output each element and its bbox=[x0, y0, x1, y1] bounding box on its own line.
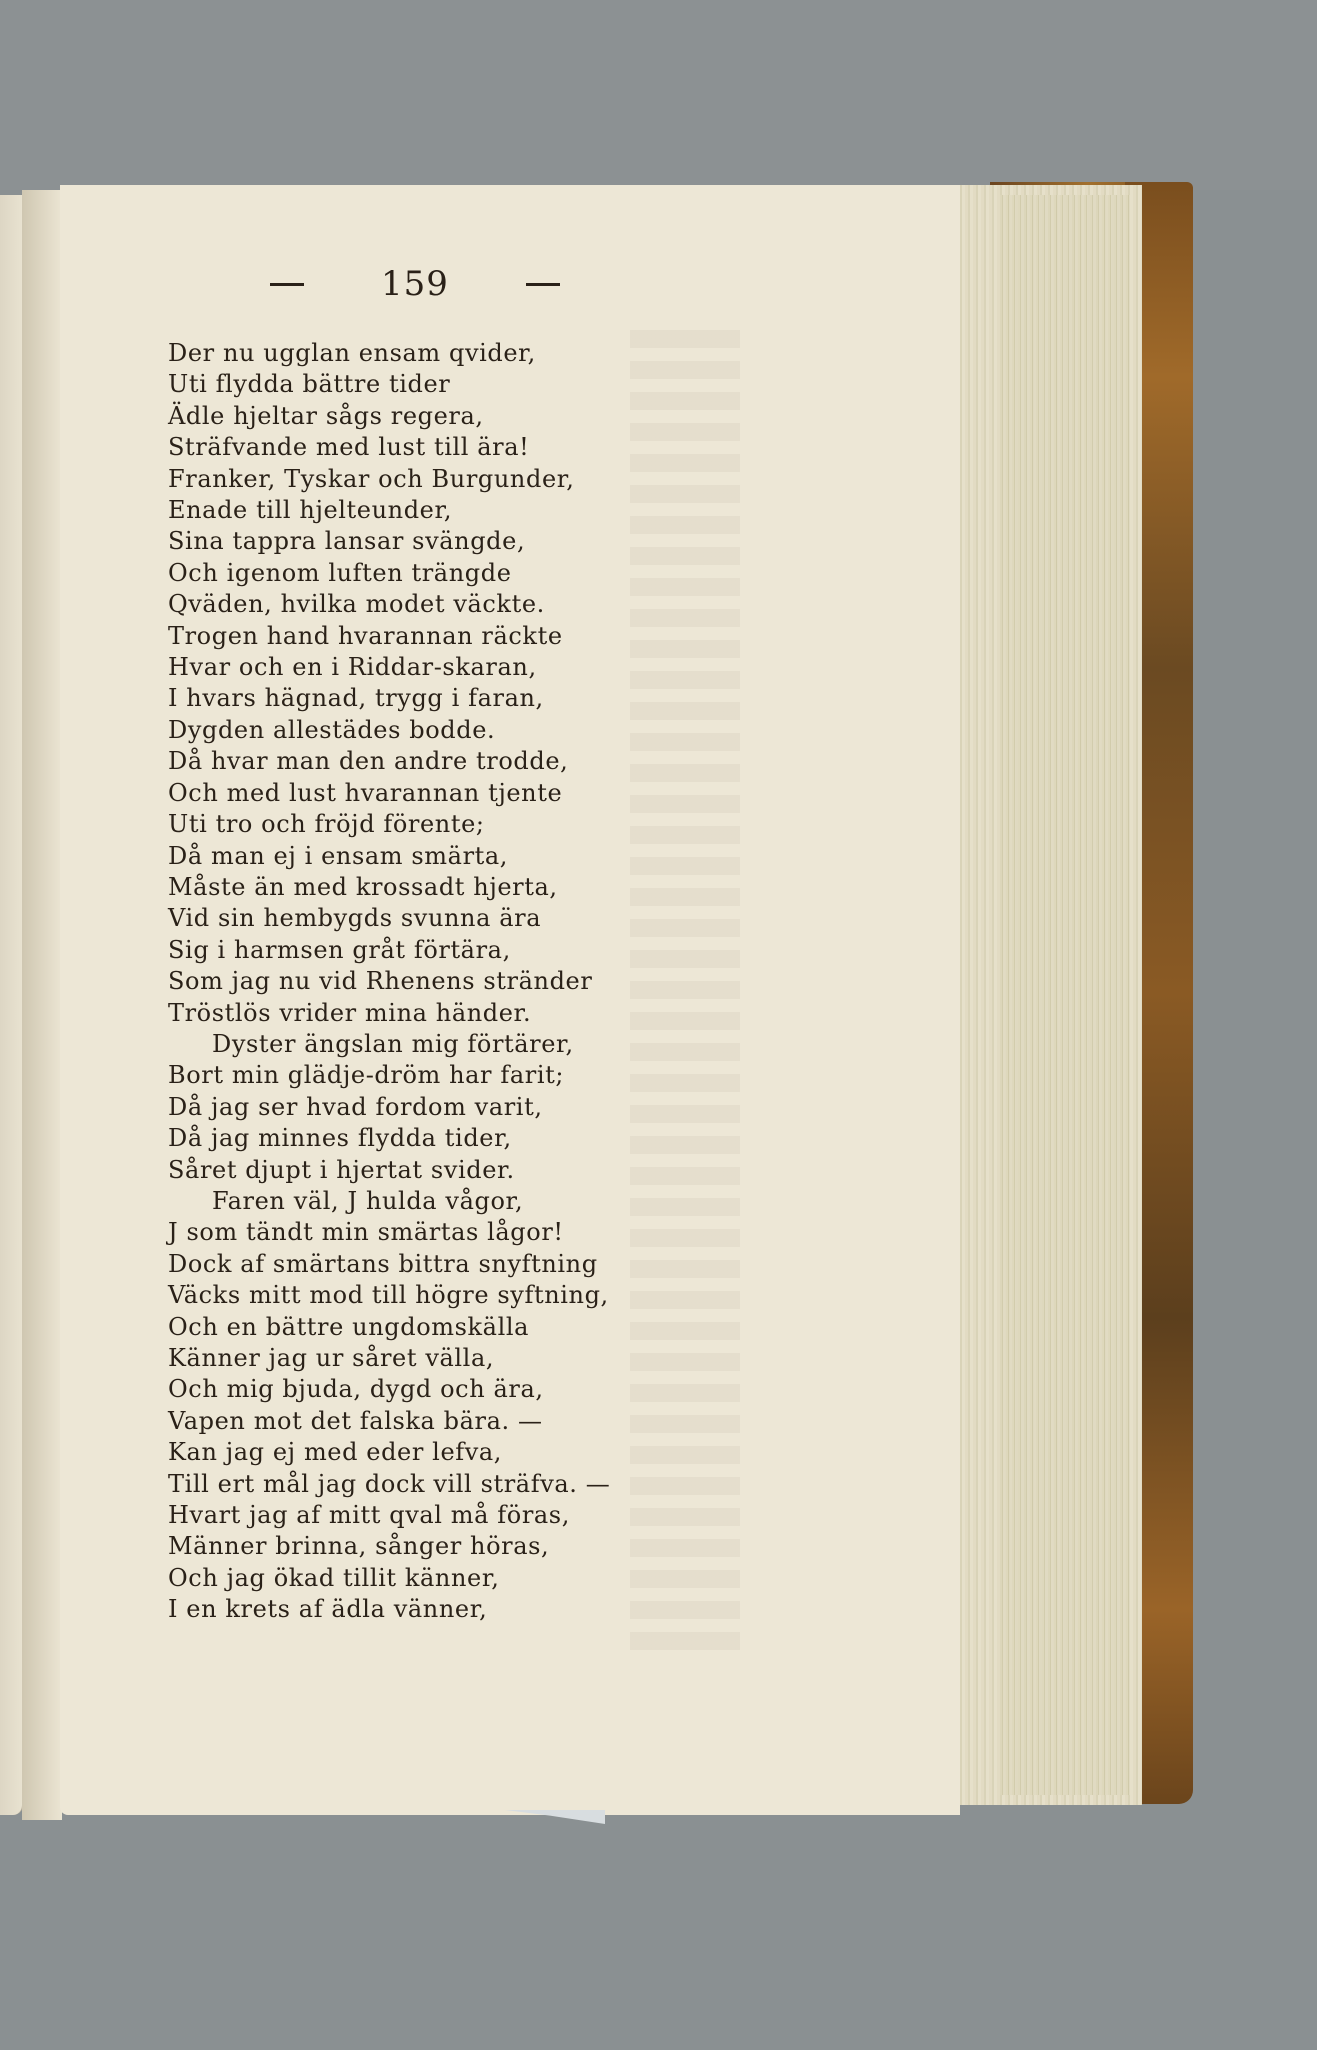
poem-line: Till ert mål jag dock vill sträfva. — bbox=[168, 1469, 808, 1500]
backdrop bbox=[0, 0, 1317, 190]
book-gutter bbox=[22, 190, 62, 1820]
poem-line: I hvars hägnad, trygg i faran, bbox=[168, 683, 808, 714]
poem-line: Såret djupt i hjertat svider. bbox=[168, 1155, 808, 1186]
poem-line: Sig i harmsen gråt förtära, bbox=[168, 935, 808, 966]
poem-line: Qväden, hvilka modet väckte. bbox=[168, 589, 808, 620]
page-header: 159 bbox=[270, 262, 560, 306]
poem-line: Uti flydda bättre tider bbox=[168, 369, 808, 400]
poem-line: Känner jag ur såret välla, bbox=[168, 1343, 808, 1374]
poem-line: Faren väl, J hulda vågor, bbox=[168, 1186, 808, 1217]
page-number: 159 bbox=[381, 264, 449, 304]
poem-line: Då jag minnes flydda tider, bbox=[168, 1123, 808, 1154]
poem-line: Tröstlös vrider mina händer. bbox=[168, 998, 808, 1029]
poem-line: Trogen hand hvarannan räckte bbox=[168, 621, 808, 652]
poem-line: Då hvar man den andre trodde, bbox=[168, 746, 808, 777]
header-dash-left bbox=[270, 283, 304, 286]
poem-line: Hvar och en i Riddar-skaran, bbox=[168, 652, 808, 683]
poem-line: Väcks mitt mod till högre syftning, bbox=[168, 1280, 808, 1311]
poem-line: Kan jag ej med eder lefva, bbox=[168, 1437, 808, 1468]
poem-line: Bort min glädje-dröm har farit; bbox=[168, 1060, 808, 1091]
poem-line: Då man ej i ensam smärta, bbox=[168, 841, 808, 872]
poem-line: Som jag nu vid Rhenens stränder bbox=[168, 966, 808, 997]
poem-line: Sina tappra lansar svängde, bbox=[168, 526, 808, 557]
poem-line: Sträfvande med lust till ära! bbox=[168, 432, 808, 463]
poem-line: Då jag ser hvad fordom varit, bbox=[168, 1092, 808, 1123]
header-dash-right bbox=[526, 283, 560, 286]
poem-text: Der nu ugglan ensam qvider,Uti flydda bä… bbox=[168, 338, 808, 1626]
poem-line: Och mig bjuda, dygd och ära, bbox=[168, 1374, 808, 1405]
page-block-texture bbox=[1000, 195, 1130, 1795]
poem-line: Och igenom luften trängde bbox=[168, 558, 808, 589]
poem-line: Måste än med krossadt hjerta, bbox=[168, 872, 808, 903]
poem-line: Och jag ökad tillit känner, bbox=[168, 1563, 808, 1594]
poem-line: Dygden allestädes bodde. bbox=[168, 715, 808, 746]
left-page-edge bbox=[0, 195, 23, 1815]
poem-line: Hvart jag af mitt qval må föras, bbox=[168, 1500, 808, 1531]
poem-line: I en krets af ädla vänner, bbox=[168, 1594, 808, 1625]
poem-line: Der nu ugglan ensam qvider, bbox=[168, 338, 808, 369]
poem-line: Uti tro och fröjd förente; bbox=[168, 809, 808, 840]
poem-line: Männer brinna, sånger höras, bbox=[168, 1531, 808, 1562]
poem-line: Och med lust hvarannan tjente bbox=[168, 778, 808, 809]
poem-line: Franker, Tyskar och Burgunder, bbox=[168, 464, 808, 495]
poem-line: Enade till hjelteunder, bbox=[168, 495, 808, 526]
poem-line: Dock af smärtans bittra snyftning bbox=[168, 1249, 808, 1280]
poem-line: Ädle hjeltar sågs regera, bbox=[168, 401, 808, 432]
poem-line: Dyster ängslan mig förtärer, bbox=[168, 1029, 808, 1060]
poem-line: Och en bättre ungdomskälla bbox=[168, 1312, 808, 1343]
poem-line: J som tändt min smärtas lågor! bbox=[168, 1217, 808, 1248]
poem-line: Vapen mot det falska bära. — bbox=[168, 1406, 808, 1437]
poem-line: Vid sin hembygds svunna ära bbox=[168, 903, 808, 934]
